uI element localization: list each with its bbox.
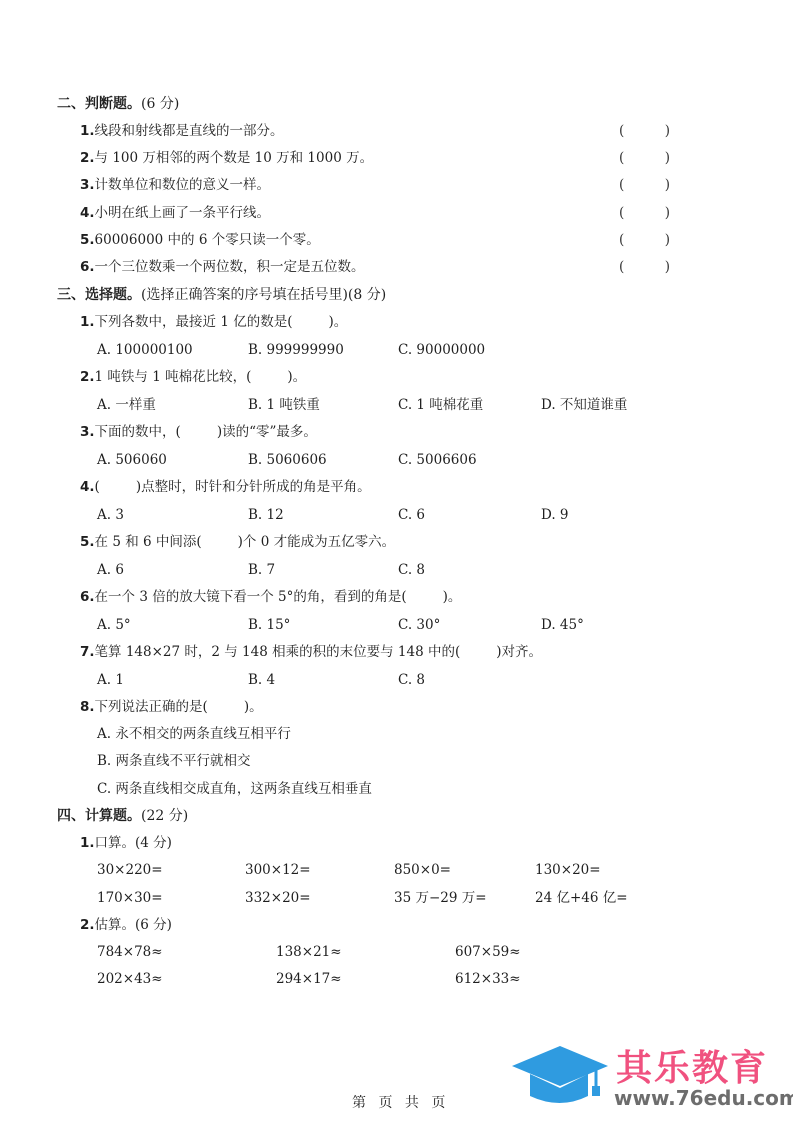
question-text: 计数单位和数位的意义一样。 — [95, 177, 271, 193]
oral-calc-item: 332×20= — [245, 888, 311, 908]
mc-question-6: 6.在一个 3 倍的放大镜下看一个 5°的角，看到的角是()。 — [80, 587, 461, 607]
answer-blank-1[interactable]: ( ) — [619, 121, 670, 141]
question-number: 1. — [80, 314, 95, 330]
section-4-heading: 四、计算题。(22 分) — [57, 806, 188, 826]
mc-question-1: 1.下列各数中，最接近 1 亿的数是()。 — [80, 312, 347, 332]
question-number: 1. — [80, 835, 95, 851]
question-number: 3. — [80, 424, 95, 440]
estimate-item: 294×17≈ — [276, 969, 342, 989]
estimate-item: 612×33≈ — [455, 969, 521, 989]
option-c: C. 6 — [398, 505, 425, 525]
tf-question-6: 6.一个三位数乘一个两位数，积一定是五位数。 — [80, 257, 365, 277]
oral-calc-item: 300×12= — [245, 860, 311, 880]
question-text: 与 100 万相邻的两个数是 10 万和 1000 万。 — [95, 150, 374, 166]
oral-calc-item: 24 亿+46 亿= — [535, 888, 628, 908]
question-number: 2. — [80, 917, 95, 933]
tf-question-2: 2.与 100 万相邻的两个数是 10 万和 1000 万。 — [80, 148, 373, 168]
question-text: 在 5 和 6 中间添( — [95, 534, 202, 550]
question-text: 1 吨铁与 1 吨棉花比较，( — [95, 369, 252, 385]
option-c: C. 8 — [398, 670, 425, 690]
question-number: 8. — [80, 699, 95, 715]
question-text-end: )。 — [287, 369, 306, 385]
question-text: 估算。(6 分) — [95, 917, 172, 933]
brand-url: www.76edu.com — [614, 1086, 793, 1110]
option-b: B. 12 — [248, 505, 284, 525]
question-number: 2. — [80, 369, 95, 385]
question-number: 2. — [80, 150, 95, 166]
section-points: (6 分) — [141, 96, 179, 112]
section-3-heading: 三、选择题。(选择正确答案的序号填在括号里)(8 分) — [57, 285, 386, 305]
question-text-end: )点整时，时针和分针所成的角是平角。 — [136, 479, 371, 495]
question-text-end: )。 — [328, 314, 347, 330]
option-c: C. 1 吨棉花重 — [398, 395, 483, 415]
option-c: C. 两条直线相交成直角，这两条直线互相垂直 — [97, 779, 372, 799]
question-text: ( — [95, 479, 100, 495]
option-a: A. 100000100 — [97, 340, 193, 360]
question-text: 笔算 148×27 时，2 与 148 相乘的积的末位要与 148 中的( — [95, 644, 461, 660]
mc-question-5: 5.在 5 和 6 中间添()个 0 才能成为五亿零六。 — [80, 532, 395, 552]
oral-calc-item: 170×30= — [97, 888, 163, 908]
question-text: 小明在纸上画了一条平行线。 — [95, 205, 271, 221]
option-b: B. 4 — [248, 670, 275, 690]
question-text: 下列各数中，最接近 1 亿的数是( — [95, 314, 293, 330]
page-number-label: 第 页 共 页 — [352, 1092, 449, 1112]
question-text: 在一个 3 倍的放大镜下看一个 5°的角，看到的角是( — [95, 589, 407, 605]
oral-calc-item: 35 万−29 万= — [394, 888, 487, 908]
question-number: 3. — [80, 177, 95, 193]
answer-blank-3[interactable]: ( ) — [619, 175, 670, 195]
tf-question-5: 5.60006000 中的 6 个零只读一个零。 — [80, 230, 320, 250]
option-c: C. 5006606 — [398, 450, 477, 470]
question-number: 7. — [80, 644, 95, 660]
estimate-item: 138×21≈ — [276, 942, 342, 962]
estimate-item: 202×43≈ — [97, 969, 163, 989]
answer-blank-5[interactable]: ( ) — [619, 230, 670, 250]
section-points: (22 分) — [141, 808, 188, 824]
option-a: A. 一样重 — [97, 395, 156, 415]
question-text: 口算。(4 分) — [95, 835, 172, 851]
option-c: C. 90000000 — [398, 340, 485, 360]
oral-calc-item: 30×220= — [97, 860, 163, 880]
question-number: 6. — [80, 259, 95, 275]
question-number: 4. — [80, 479, 95, 495]
option-b: B. 1 吨铁重 — [248, 395, 320, 415]
mc-question-4: 4.()点整时，时针和分针所成的角是平角。 — [80, 477, 371, 497]
brand-logo: 其乐教育 www.76edu.com — [508, 1040, 788, 1116]
question-number: 5. — [80, 232, 95, 248]
question-text: 下列说法正确的是( — [95, 699, 208, 715]
option-c: C. 8 — [398, 560, 425, 580]
section-title: 四、计算题。 — [57, 808, 141, 824]
option-a: A. 永不相交的两条直线互相平行 — [97, 724, 291, 744]
question-text-end: )个 0 才能成为五亿零六。 — [238, 534, 395, 550]
answer-blank-2[interactable]: ( ) — [619, 148, 670, 168]
mc-question-3: 3.下面的数中，()读的“零”最多。 — [80, 422, 317, 442]
tf-question-4: 4.小明在纸上画了一条平行线。 — [80, 203, 270, 223]
option-a: A. 3 — [97, 505, 124, 525]
section-title: 二、判断题。 — [57, 96, 141, 112]
brand-name: 其乐教育 — [616, 1040, 768, 1091]
question-text-end: )。 — [244, 699, 263, 715]
tf-question-3: 3.计数单位和数位的意义一样。 — [80, 175, 270, 195]
question-text-end: )读的“零”最多。 — [217, 424, 317, 440]
exam-page: 二、判断题。(6 分) 1.线段和射线都是直线的一部分。 ( ) 2.与 100… — [0, 0, 793, 1122]
mc-question-7: 7.笔算 148×27 时，2 与 148 相乘的积的末位要与 148 中的()… — [80, 642, 542, 662]
option-b: B. 15° — [248, 615, 290, 635]
question-number: 1. — [80, 123, 95, 139]
mc-question-2: 2.1 吨铁与 1 吨棉花比较，()。 — [80, 367, 306, 387]
option-d: D. 9 — [541, 505, 569, 525]
option-b: B. 999999990 — [248, 340, 344, 360]
estimate-item: 607×59≈ — [455, 942, 521, 962]
section-title: 三、选择题。 — [57, 287, 141, 303]
question-text-end: )对齐。 — [496, 644, 542, 660]
option-a: A. 506060 — [97, 450, 167, 470]
oral-calc-item: 850×0= — [394, 860, 451, 880]
option-a: A. 6 — [97, 560, 124, 580]
option-d: D. 45° — [541, 615, 584, 635]
option-a: A. 1 — [97, 670, 124, 690]
section-2-heading: 二、判断题。(6 分) — [57, 94, 179, 114]
estimate-heading: 2.估算。(6 分) — [80, 915, 172, 935]
mc-question-8: 8.下列说法正确的是()。 — [80, 697, 263, 717]
question-number: 5. — [80, 534, 95, 550]
oral-calc-item: 130×20= — [535, 860, 601, 880]
question-text: 一个三位数乘一个两位数，积一定是五位数。 — [95, 259, 365, 275]
answer-blank-6[interactable]: ( ) — [619, 257, 670, 277]
graduation-cap-icon — [508, 1044, 608, 1106]
option-b: B. 7 — [248, 560, 275, 580]
option-a: A. 5° — [97, 615, 131, 635]
question-text: 下面的数中，( — [95, 424, 181, 440]
question-number: 4. — [80, 205, 95, 221]
estimate-item: 784×78≈ — [97, 942, 163, 962]
answer-blank-4[interactable]: ( ) — [619, 203, 670, 223]
option-d: D. 不知道谁重 — [541, 395, 627, 415]
question-text: 线段和射线都是直线的一部分。 — [95, 123, 284, 139]
tf-question-1: 1.线段和射线都是直线的一部分。 — [80, 121, 284, 141]
option-b: B. 5060606 — [248, 450, 327, 470]
option-b: B. 两条直线不平行就相交 — [97, 751, 251, 771]
option-c: C. 30° — [398, 615, 440, 635]
question-text-end: )。 — [443, 589, 462, 605]
question-number: 6. — [80, 589, 95, 605]
question-text: 60006000 中的 6 个零只读一个零。 — [95, 232, 320, 248]
section-points: (选择正确答案的序号填在括号里)(8 分) — [141, 287, 386, 303]
oral-calc-heading: 1.口算。(4 分) — [80, 833, 172, 853]
